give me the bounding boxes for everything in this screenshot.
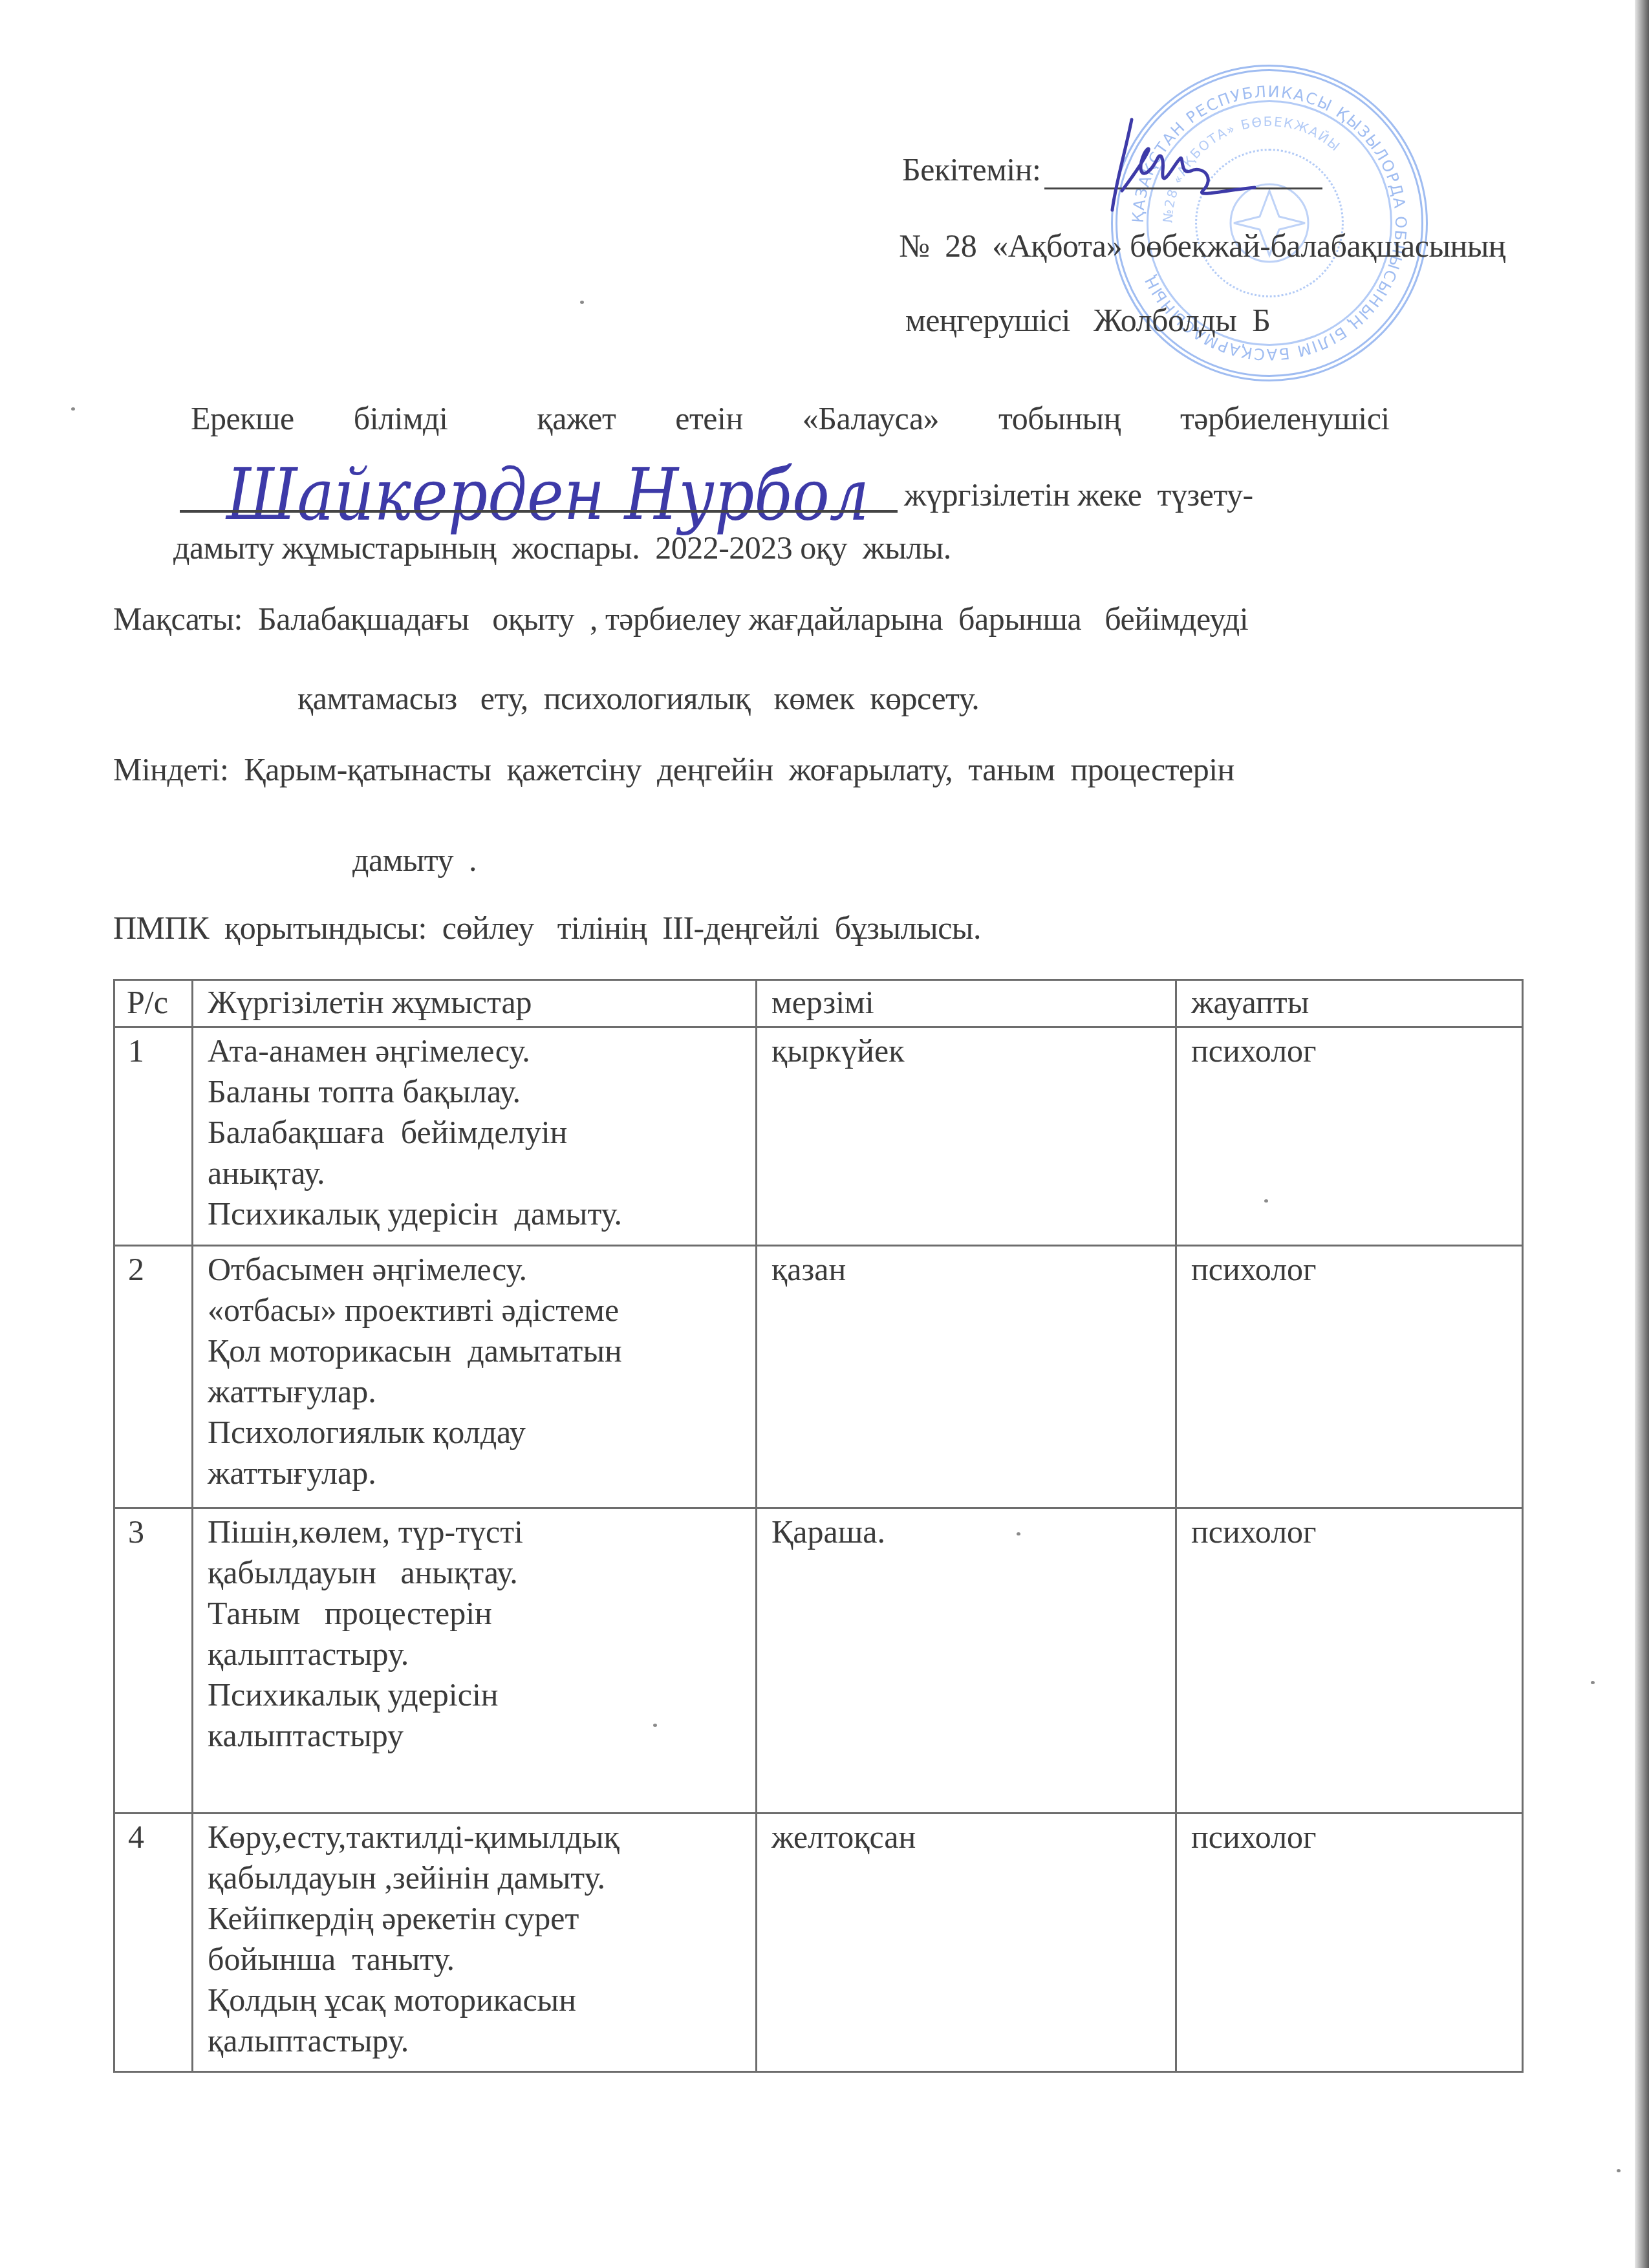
row-number: 1 — [114, 1027, 193, 1246]
work-item: анықтау. — [208, 1153, 741, 1193]
scan-speck — [580, 301, 584, 304]
row-number: 3 — [114, 1508, 193, 1813]
row-number: 2 — [114, 1246, 193, 1508]
goal-text-line-2: қамтамасыз ету, психологиялық көмек көрс… — [297, 679, 979, 718]
header-responsible: жауапты — [1176, 980, 1523, 1027]
row-term: Қараша. — [757, 1508, 1176, 1813]
work-item: қалыптастыру. — [208, 2020, 741, 2061]
table-row: 4 Көру,есту,тактилді-қимылдық қабылдауын… — [114, 1813, 1523, 2072]
table-row: 2 Отбасымен әңгімелесу. «отбасы» проекти… — [114, 1246, 1523, 1508]
scan-speck — [71, 407, 75, 411]
head-name: меңгерушісі Жолболды Б — [905, 301, 1270, 339]
work-item: «отбасы» проективті әдістеме — [208, 1290, 741, 1331]
work-item: Кейіпкердің әрекетін сурет — [208, 1898, 741, 1939]
goal-text-line-1: Мақсаты: Балабақшадағы оқыту , тәрбиелеу… — [113, 599, 1248, 638]
table-header-row: Р/с Жүргізілетін жұмыстар мерзімі жауапт… — [114, 980, 1523, 1027]
work-item: қабылдауын анықтау. — [208, 1552, 741, 1593]
work-item: жаттығулар. — [208, 1453, 741, 1493]
scan-speck — [1617, 2169, 1621, 2172]
row-works: Пішін,көлем, түр-түсті қабылдауын анықта… — [193, 1508, 757, 1813]
row-term: қыркүйек — [757, 1027, 1176, 1246]
row-works: Отбасымен әңгімелесу. «отбасы» проективт… — [193, 1246, 757, 1508]
header-number: Р/с — [114, 980, 193, 1027]
work-item: Психологиялык қолдау — [208, 1412, 741, 1453]
scan-speck — [653, 1724, 657, 1727]
work-item: қалыптастыру. — [208, 1634, 741, 1674]
work-item: калыптастыру — [208, 1715, 741, 1756]
scan-speck — [1017, 1532, 1020, 1535]
svg-text:Шайкерден Нурболат: Шайкерден Нурболат — [225, 454, 867, 537]
work-item: Психикалық удерісін дамыту. — [208, 1193, 741, 1234]
scan-speck — [1264, 1199, 1268, 1203]
work-item: Қолдың ұсақ моторикасын — [208, 1980, 741, 2020]
document-title-line-3: дамыту жұмыстарының жоспары. 2022-2023 о… — [173, 528, 951, 567]
work-item: қабылдауын ,зейінін дамыту. — [208, 1857, 741, 1898]
row-responsible: психолог — [1176, 1027, 1523, 1246]
task-text-line-2: дамыту . — [352, 840, 477, 879]
handwritten-child-name: Шайкерден Нурболат — [220, 453, 867, 537]
document-title-line-1: Ерекше білімді қажет етеін «Балауса» тоб… — [191, 399, 1390, 438]
pmpk-conclusion: ПМПК қорытындысы: сөйлеу тілінің ІІІ-дең… — [113, 908, 981, 947]
row-term: қазан — [757, 1246, 1176, 1508]
table-row: 3 Пішін,көлем, түр-түсті қабылдауын анық… — [114, 1508, 1523, 1813]
work-item: Көру,есту,тактилді-қимылдық — [208, 1817, 741, 1857]
row-works: Көру,есту,тактилді-қимылдық қабылдауын ,… — [193, 1813, 757, 2072]
work-item: Психикалық удерісін — [208, 1674, 741, 1715]
director-signature-icon — [1086, 113, 1280, 217]
row-responsible: психолог — [1176, 1813, 1523, 2072]
approval-label: Бекітемін: — [902, 150, 1040, 189]
work-item: Баланы топта бақылау. — [208, 1071, 741, 1112]
work-item: жаттығулар. — [208, 1371, 741, 1412]
scan-speck — [1591, 1681, 1595, 1684]
row-term: желтоқсан — [757, 1813, 1176, 2072]
table-row: 1 Ата-анамен әңгімелесу. Баланы топта ба… — [114, 1027, 1523, 1246]
row-responsible: психолог — [1176, 1246, 1523, 1508]
work-item: Отбасымен әңгімелесу. — [208, 1249, 741, 1290]
row-number: 4 — [114, 1813, 193, 2072]
document-title-line-2: жүргізілетін жеке түзету- — [904, 475, 1253, 514]
work-item: бойынша таныту. — [208, 1939, 741, 1980]
name-underline — [180, 510, 898, 513]
scan-edge-shadow — [1635, 0, 1649, 2268]
header-works: Жүргізілетін жұмыстар — [193, 980, 757, 1027]
organization-name: № 28 «Ақбота» бөбекжай-балабақшасының — [899, 226, 1505, 265]
work-item: Таным процестерін — [208, 1593, 741, 1634]
task-text-line-1: Міндеті: Қарым-қатынасты қажетсіну деңге… — [113, 750, 1234, 789]
work-item: Ата-анамен әңгімелесу. — [208, 1031, 741, 1071]
header-term: мерзімі — [757, 980, 1176, 1027]
row-works: Ата-анамен әңгімелесу. Баланы топта бақы… — [193, 1027, 757, 1246]
work-item: Қол моторикасын дамытатын — [208, 1331, 741, 1371]
row-responsible: психолог — [1176, 1508, 1523, 1813]
work-item: Пішін,көлем, түр-түсті — [208, 1512, 741, 1552]
work-item: Балабақшаға бейімделуін — [208, 1112, 741, 1153]
work-plan-table: Р/с Жүргізілетін жұмыстар мерзімі жауапт… — [113, 979, 1524, 2073]
